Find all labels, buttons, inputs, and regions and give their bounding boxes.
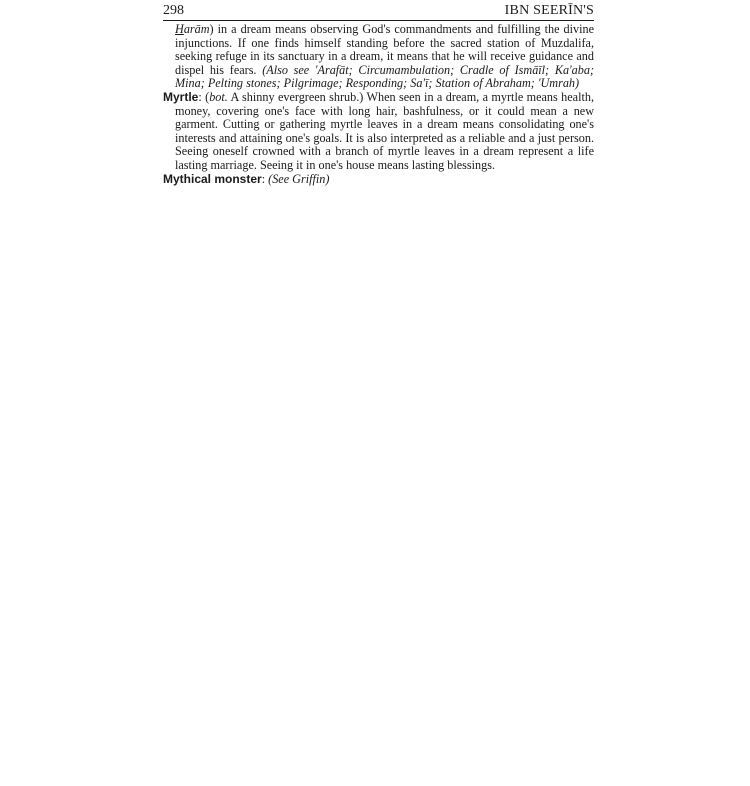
continuation-paragraph: Harām) in a dream means observing God's … [163, 23, 594, 91]
entry-cross-reference: (See Griffin) [268, 172, 329, 186]
page-header: 298 IBN SEERĪN'S [163, 2, 594, 21]
entry-abbreviation: bot. [209, 90, 228, 104]
lead-term-rest: arām [184, 22, 210, 36]
running-title: IBN SEERĪN'S [505, 3, 594, 19]
entry-headword: Mythical monster [163, 172, 262, 186]
page-number: 298 [163, 3, 184, 19]
lead-term-underlined-letter: H [175, 22, 184, 36]
page-content: Harām) in a dream means observing God's … [163, 23, 594, 186]
lead-term: Harām [175, 22, 210, 36]
entry-definition: A shinny evergreen shrub.) When seen in … [175, 90, 594, 172]
entry-headword: Myrtle [163, 90, 198, 104]
entry-mythical-monster: Mythical monster: (See Griffin) [163, 173, 594, 187]
entry-myrtle: Myrtle: (bot. A shinny evergreen shrub.)… [163, 91, 594, 173]
